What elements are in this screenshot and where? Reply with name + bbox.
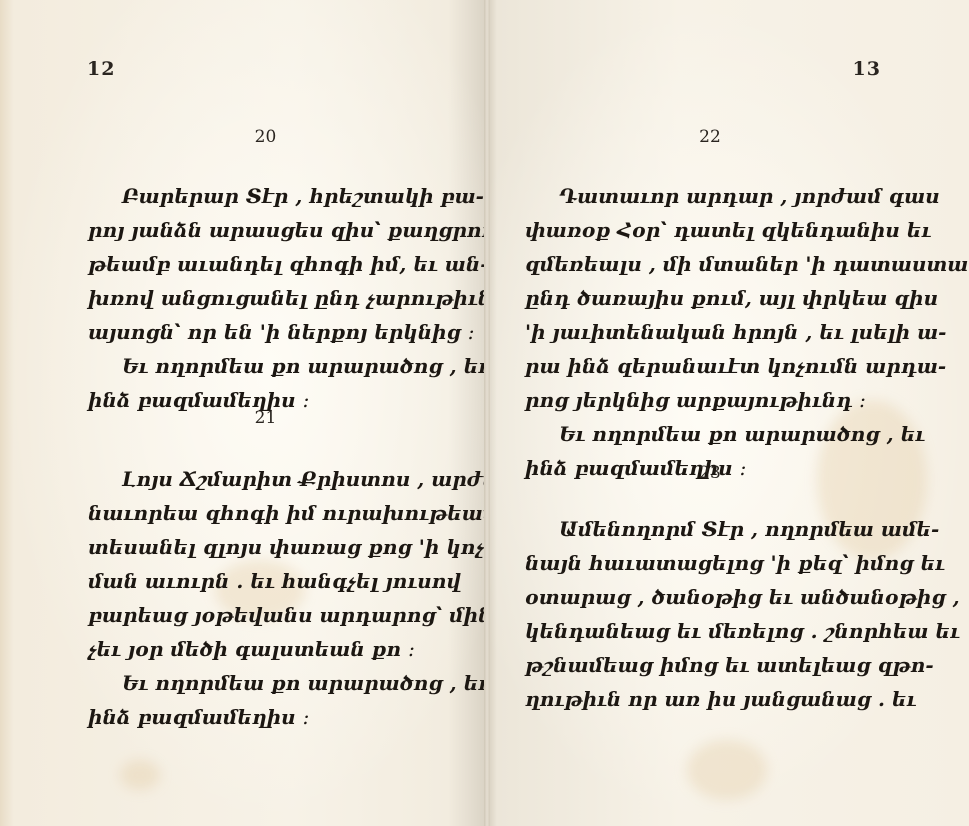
paper-stain (687, 740, 767, 800)
text-line: զմեռեալս , մի մտաներ 'ի դատաստան (525, 247, 925, 281)
verse-number: 22 (469, 127, 951, 147)
verse-number: 23 (469, 463, 951, 483)
text-line: րոյ յանձն արասցես զիս՝ քաղցրու- (88, 213, 458, 247)
right-page: 13 22 Դատաւոր արդար , յորժամ գաս փառօք Հ… (487, 0, 969, 826)
text-line: փառօք Հօր՝ դատել զկենդանիս եւ (525, 213, 925, 247)
text-line: նայն հաւատացելոց 'ի քեզ՝ իմոց եւ (525, 546, 925, 580)
text-line: նաւորեա զհոգի իմ ուրախութեամբ (88, 496, 458, 530)
book-spread: 12 20 Բարերար Տէր , հրեշտակի բա- րոյ յան… (0, 0, 969, 826)
text-line: ման աւուրն . եւ հանգչել յուսով (88, 564, 458, 598)
text-line: տեսանել զլոյս փառաց քոց 'ի կոչ- (88, 530, 458, 564)
verse-text: Լոյս Ճշմարիտ Քրիստոս , արժա- նաւորեա զհո… (88, 462, 458, 734)
text-line: ղութիւն որ առ իս յանցանաց . եւ (525, 682, 925, 716)
text-line: ընդ ծառայիս քում, այլ փրկեա զիս (525, 281, 925, 315)
refrain-line: Եւ ողորմեա քո արարածոց , եւ (88, 666, 458, 700)
text-line: կենդանեաց եւ մեռելոց . շնորհեա եւ (525, 614, 925, 648)
refrain-line: ինձ բազմամեղիս ։ (88, 700, 458, 734)
text-line: թեամբ աւանդել զհոգի իմ, եւ ան- (88, 247, 458, 281)
text-line: թշնամեաց իմոց եւ ատելեաց զթո- (525, 648, 925, 682)
book-gutter (484, 0, 490, 826)
text-line: չեւ յօր մեծի գալստեան քո ։ (88, 632, 458, 666)
refrain-line: Եւ ողորմեա քո արարածոց , եւ (88, 349, 458, 383)
text-line: օտարաց , ծանօթից եւ անծանօթից , (525, 580, 925, 614)
text-line: բարեաց յօթեվանս արդարոց՝ մին- (88, 598, 458, 632)
text-line: րոց յերկնից արքայութիւնդ ։ (525, 383, 925, 417)
refrain-line: Եւ ողորմեա քո արարածոց , եւ (525, 417, 925, 451)
text-line: 'ի յաւիտենական հրոյն , եւ լսելի ա- (525, 315, 925, 349)
page-number: 12 (87, 58, 115, 80)
text-line: րա ինձ զերանաւէտ կոչումն արդա- (525, 349, 925, 383)
text-line: խռով անցուցանել ընդ չարութիւն (88, 281, 458, 315)
verse-text: Բարերար Տէր , հրեշտակի բա- րոյ յանձն արա… (88, 179, 458, 417)
text-line: այսոցն՝ որ են 'ի ներքոյ երկնից ։ (88, 315, 458, 349)
verse-number: 20 (22, 127, 509, 147)
text-line: Լոյս Ճշմարիտ Քրիստոս , արժա- (88, 462, 458, 496)
page-number: 13 (853, 58, 881, 80)
text-line: Բարերար Տէր , հրեշտակի բա- (88, 179, 458, 213)
paper-stain (120, 760, 160, 790)
text-line: Դատաւոր արդար , յորժամ գաս (525, 179, 925, 213)
left-page: 12 20 Բարերար Տէր , հրեշտակի բա- րոյ յան… (0, 0, 487, 826)
verse-number: 21 (22, 408, 509, 428)
text-line: Ամենողորմ Տէր , ողորմեա ամե- (525, 512, 925, 546)
verse-text: Ամենողորմ Տէր , ողորմեա ամե- նայն հաւատա… (525, 512, 925, 716)
verse-text: Դատաւոր արդար , յորժամ գաս փառօք Հօր՝ դա… (525, 179, 925, 485)
